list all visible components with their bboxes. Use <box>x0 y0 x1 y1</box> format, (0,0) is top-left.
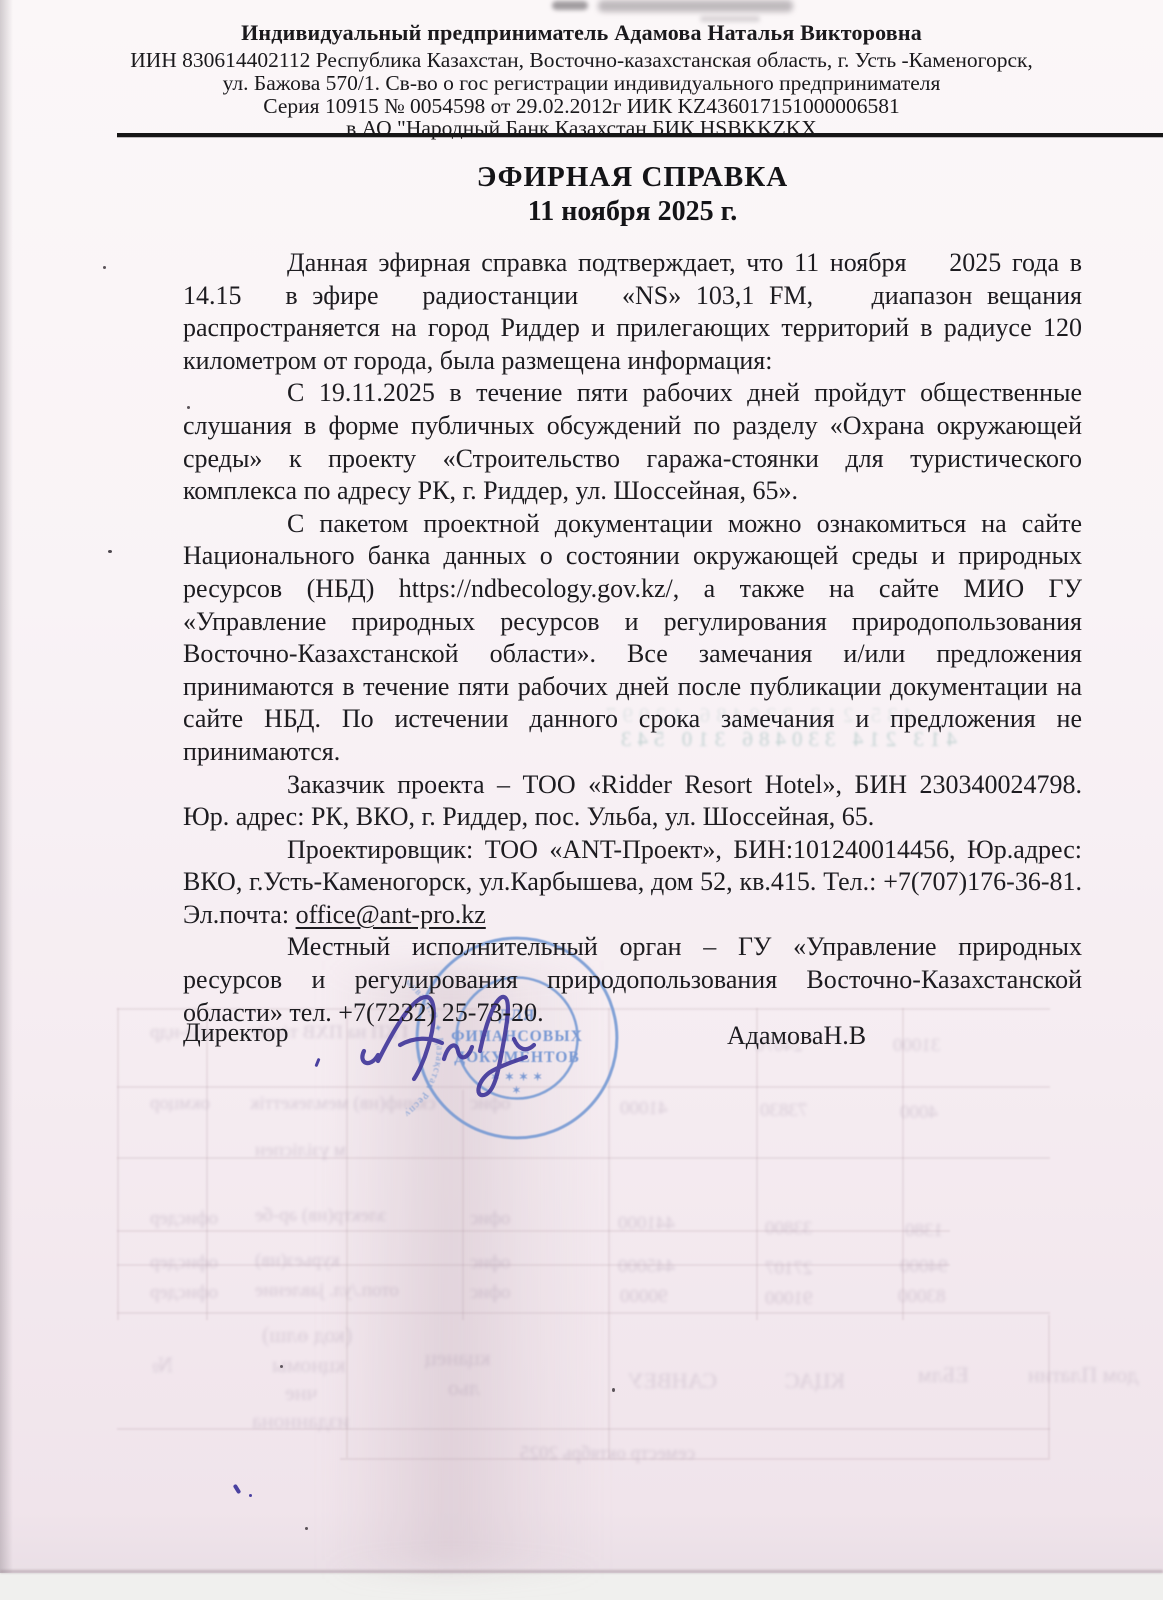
bleedthrough-text: кцанец <box>425 1345 491 1371</box>
bleedthrough-text: (код өлш) <box>262 1322 352 1348</box>
bleedthrough-text: 91000 <box>765 1288 813 1310</box>
bleedthrough-text: 83000 <box>898 1286 946 1308</box>
bleedthrough-text: офисдер <box>150 1252 218 1274</box>
bleedthrough-text: 90000 <box>620 1286 668 1308</box>
paragraph-public-hearings: С 19.11.2025 в течение пяти рабочих дней… <box>183 377 1082 507</box>
bleedthrough-text: чне <box>285 1380 318 1406</box>
bleedthrough-text: 31000 <box>893 1035 941 1057</box>
letterhead-street-registration: ул. Бажова 570/1. Св-во о гос регистраци… <box>70 72 1093 95</box>
bleedthrough-text: офис <box>470 1252 510 1274</box>
bleedthrough-text: кцномы <box>272 1352 346 1378</box>
bleedthrough-text: дом Платин <box>1028 1362 1138 1388</box>
scanned-document: { "document": { "header": { "line1": "Ин… <box>0 0 1163 1600</box>
paragraph-designer: Проектировщик: ТОО «ANT-Проект», БИН:101… <box>183 834 1082 932</box>
bleedthrough-text: м үзіліспен <box>255 1140 346 1162</box>
signature-name-label: АдамоваН.В <box>727 1021 866 1051</box>
bleedthrough-text: отоп./ул. јавление <box>255 1280 399 1302</box>
bleedthrough-text: 94000 <box>900 1256 948 1278</box>
letterhead-iin-address: ИИН 830614402112 Республика Казахстан, В… <box>70 49 1093 72</box>
document-title: ЭФИРНАЯ СПРАВКА <box>183 161 1082 194</box>
bleedthrough-text: 445000 <box>618 1256 675 1278</box>
bleedthrough-text: № <box>152 1352 173 1378</box>
signature-role-label: Директор <box>183 1018 289 1048</box>
bleedthrough-text: 73830 <box>760 1100 808 1122</box>
bleedthrough-text: САНВЕУ <box>628 1368 717 1394</box>
letterhead-divider-rule <box>117 133 1163 137</box>
letterhead: Индивидуальный предприниматель Адамова Н… <box>70 20 1093 140</box>
bleedthrough-text: офис <box>470 1208 510 1230</box>
bleedthrough-text: офис <box>470 1282 510 1304</box>
designer-email: office@ant-pro.kz <box>296 900 486 929</box>
paragraph-documentation-access: С пакетом проектной документации можно о… <box>183 508 1082 769</box>
bleedthrough-text: окмцор <box>150 1093 210 1115</box>
bleedthrough-text: 27107 <box>765 1258 813 1280</box>
document-body: Данная эфирная справка подтверждает, что… <box>183 247 1082 1029</box>
bleed-gridline <box>117 1312 1050 1314</box>
bleedthrough-text: 441000 <box>618 1213 675 1235</box>
title-block: ЭФИРНАЯ СПРАВКА 11 ноября 2025 г. <box>183 161 1082 228</box>
bleedthrough-text: офисдер <box>150 1282 218 1304</box>
bleed-gridline <box>117 1264 950 1266</box>
bleedthrough-text: 33800 <box>765 1218 813 1240</box>
bleed-gridline <box>346 1008 348 1458</box>
bleedthrough-text: 1380 <box>905 1220 943 1242</box>
letterhead-entrepreneur-name: Индивидуальный предприниматель Адамова Н… <box>70 20 1093 46</box>
bleed-gridline <box>117 1008 119 1320</box>
bleedthrough-text: офисдер <box>150 1208 218 1230</box>
bleedthrough-text: курьез(нв) <box>255 1250 340 1272</box>
paragraph-local-executive-body: Местный исполнительный орган – ГУ «Управ… <box>183 931 1082 1029</box>
bleedthrough-text: изданнона <box>252 1408 349 1434</box>
document-date: 11 ноября 2025 г. <box>183 196 1082 228</box>
letterhead-series-iik: Серия 10915 № 0054598 от 29.02.2012г ИИК… <box>70 95 1093 118</box>
bleedthrough-text: ЕБлм <box>918 1362 969 1388</box>
bleedthrough-text: семестр октябрь 2025 <box>520 1443 695 1465</box>
bleedthrough-text: КЦАС <box>785 1368 845 1394</box>
bleed-gridline <box>117 1230 950 1232</box>
bleedthrough-text: электр(нв) әр-бе <box>255 1205 386 1227</box>
paragraph-customer: Заказчик проекта – ТОО «Ridder Resort Ho… <box>183 769 1082 834</box>
bleedthrough-text: 4000 <box>900 1102 938 1124</box>
bleedthrough-text: льо <box>448 1375 480 1401</box>
paragraph-broadcast-confirmation: Данная эфирная справка подтверждает, что… <box>183 247 1082 377</box>
